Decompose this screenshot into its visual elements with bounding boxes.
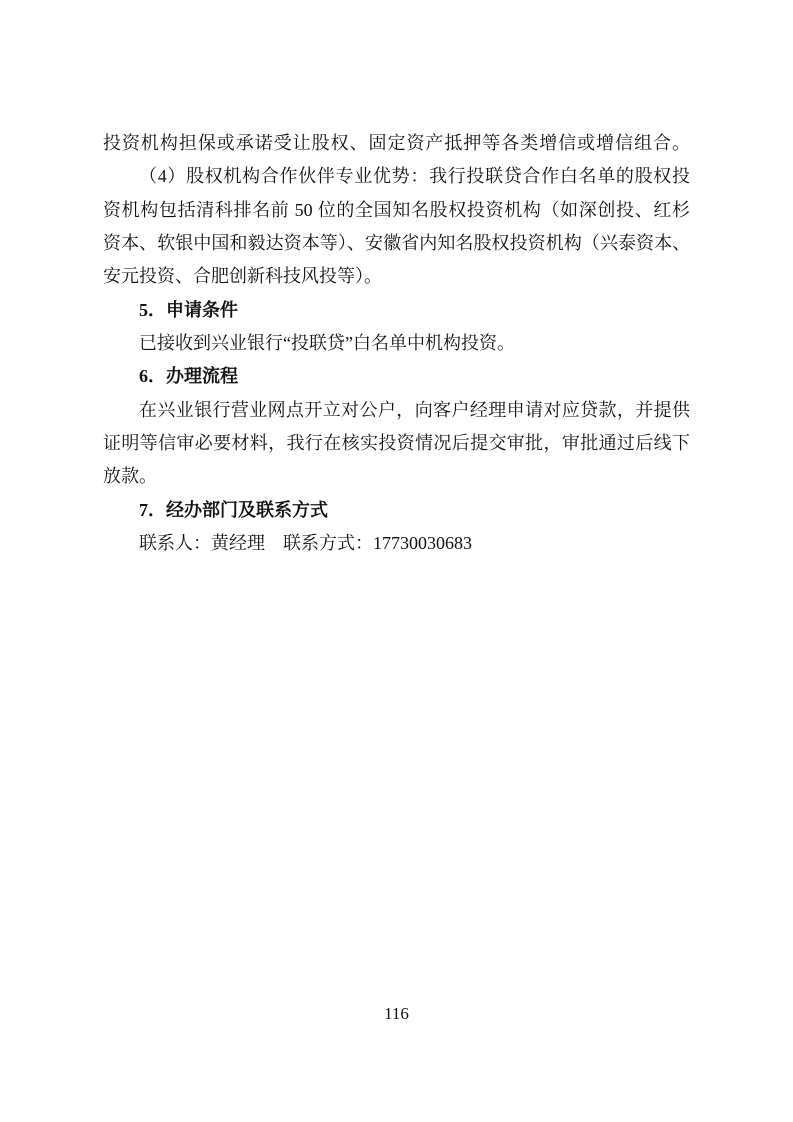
paragraph-line: （4）股权机构合作伙伴专业优势：我行投联贷合作白名单的股权投: [103, 160, 690, 193]
paragraph-line: 资机构包括清科排名前 50 位的全国知名股权投资机构（如深创投、红杉: [103, 194, 690, 227]
document-body: 投资机构担保或承诺受让股权、固定资产抵押等各类增信或增信组合。 （4）股权机构合…: [103, 127, 690, 560]
section-heading-5: 5．申请条件: [103, 294, 690, 327]
document-page: 投资机构担保或承诺受让股权、固定资产抵押等各类增信或增信组合。 （4）股权机构合…: [0, 0, 793, 1122]
paragraph-line: 放款。: [103, 460, 690, 493]
paragraph-line: 安元投资、合肥创新科技风投等）。: [103, 260, 690, 293]
paragraph-line: 在兴业银行营业网点开立对公户，向客户经理申请对应贷款，并提供: [103, 394, 690, 427]
page-number: 116: [0, 1003, 793, 1025]
paragraph-line: 证明等信审必要材料，我行在核实投资情况后提交审批，审批通过后线下: [103, 427, 690, 460]
paragraph-line: 资本、软银中国和毅达资本等）、安徽省内知名股权投资机构（兴泰资本、: [103, 227, 690, 260]
section-heading-6: 6．办理流程: [103, 360, 690, 393]
paragraph-line: 已接收到兴业银行“投联贷”白名单中机构投资。: [103, 327, 690, 360]
section-heading-7: 7．经办部门及联系方式: [103, 494, 690, 527]
paragraph-line: 投资机构担保或承诺受让股权、固定资产抵押等各类增信或增信组合。: [103, 127, 690, 160]
contact-info-line: 联系人：黄经理 联系方式：17730030683: [103, 527, 690, 560]
